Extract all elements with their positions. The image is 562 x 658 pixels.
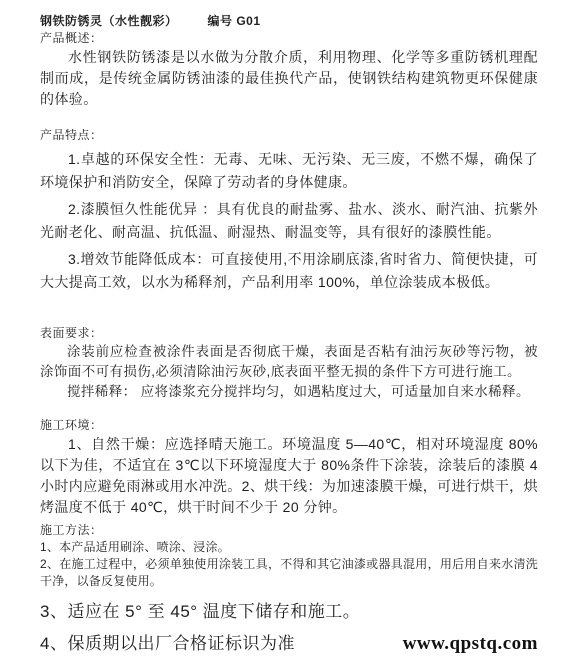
product-title: 钢铁防锈灵（水性靓彩） <box>40 14 178 28</box>
section-heading-surface: 表面要求： <box>40 324 538 342</box>
product-code: 编号 G01 <box>208 14 261 28</box>
feature-item-1: 1.卓越的环保安全性：无毒、无味、无污染、无三废，不燃不爆，确保了环境保护和消防… <box>40 148 538 194</box>
surface-paragraph: 涂装前应检查被涂件表面是否彻底干燥，表面是否粘有油污灰砂等污物，被涂饰面不可有损… <box>40 342 538 382</box>
section-heading-environment: 施工环境： <box>40 416 538 434</box>
warranty-note: 4、保质期以出厂合格证标识为准 <box>40 632 295 656</box>
section-heading-features: 产品特点： <box>40 126 538 144</box>
feature-item-3: 3.增效节能降低成本：可直接使用,不用涂刷底漆,省时省力、简便快捷，可大大提高工… <box>40 248 538 294</box>
section-heading-overview: 产品概述： <box>40 29 538 47</box>
document-title-line: 钢铁防锈灵（水性靓彩）编号 G01 <box>40 14 538 29</box>
section-heading-method: 施工方法： <box>40 522 538 539</box>
website-link[interactable]: www.qpstq.com <box>403 633 538 655</box>
document-page: 钢铁防锈灵（水性靓彩）编号 G01 产品概述： 水性钢铁防锈漆是以水做为分散介质… <box>0 0 562 658</box>
environment-paragraph: 1、自然干燥：应选择晴天施工。环境温度 5—40℃，相对环境湿度 80%以下为佳… <box>40 434 538 518</box>
overview-paragraph: 水性钢铁防锈漆是以水做为分散介质，利用物理、化学等多重防锈机理配制而成，是传统金… <box>40 47 538 110</box>
bottom-row: 4、保质期以出厂合格证标识为准 www.qpstq.com <box>40 632 538 656</box>
storage-note: 3、适应在 5° 至 45° 温度下储存和施工。 <box>40 600 538 624</box>
method-item-2: 2、在施工过程中，必须单独使用涂装工具，不得和其它油漆或器具混用，用后用自来水清… <box>40 556 538 590</box>
mixing-paragraph: 搅拌稀释： 应将漆浆充分搅拌均匀，如遇粘度过大，可适量加自来水稀释。 <box>40 382 538 402</box>
feature-item-2: 2.漆膜恒久性能优异 ：具有优良的耐盐雾、盐水、淡水、耐汽油、抗紫外光耐老化、耐… <box>40 198 538 244</box>
method-item-1: 1、本产品适用刷涂、喷涂、浸涂。 <box>40 539 538 556</box>
